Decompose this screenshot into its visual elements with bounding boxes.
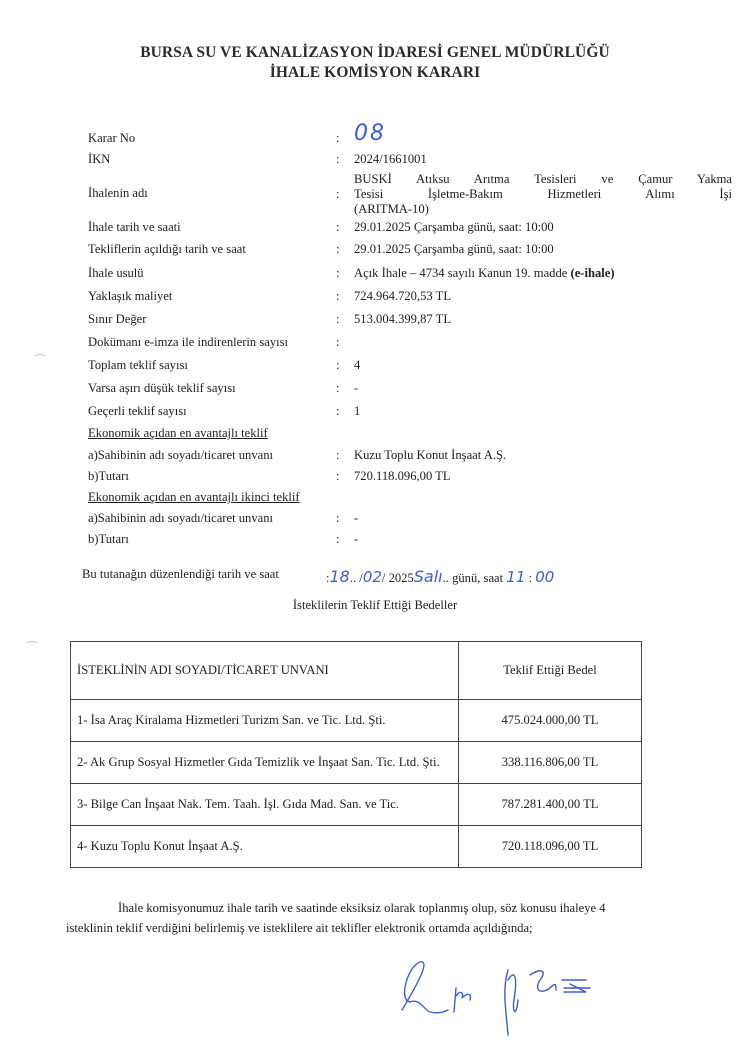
table-row: 1- İsa Araç Kiralama Hizmetleri Turizm S… <box>71 700 642 742</box>
label: Karar No <box>88 131 135 146</box>
bid-amount: 475.024.000,00 TL <box>459 700 642 742</box>
label-gunu: günü, saat <box>452 571 503 585</box>
value-bold: (e-ihale) <box>571 266 615 280</box>
value: 513.004.399,87 TL <box>354 312 451 327</box>
table-row: 3- Bilge Can İnşaat Nak. Tem. Taah. İşl.… <box>71 784 642 826</box>
karar-no-handwritten: 08 <box>354 121 386 146</box>
label: Dokümanı e-imza ile indirenlerin sayısı <box>88 335 288 350</box>
signature-image <box>390 940 650 1040</box>
doc-title-line1: BURSA SU VE KANALİZASYON İDARESİ GENEL M… <box>0 44 750 62</box>
value: - <box>354 511 358 526</box>
table-row: 2- Ak Grup Sosyal Hizmetler Gıda Temizli… <box>71 742 642 784</box>
day-handwritten: 18 <box>330 567 350 586</box>
label: Sınır Değer <box>88 312 146 327</box>
label: Bu tutanağın düzenlendiği tarih ve saat <box>82 567 279 582</box>
colon: : <box>336 266 340 281</box>
colon: : <box>336 131 340 146</box>
bidder-name: 4- Kuzu Toplu Konut İnşaat A.Ş. <box>71 826 459 868</box>
value-line: (ARITMA-10) <box>354 202 732 217</box>
value-line: BUSKİ Atıksu Arıtma Tesisleri ve Çamur Y… <box>354 172 732 187</box>
label: İhalenin adı <box>88 186 148 201</box>
bids-table: İSTEKLİNİN ADI SOYADI/TİCARET UNVANI Tek… <box>70 641 642 868</box>
hour-handwritten: 11 <box>506 568 525 586</box>
minute-handwritten: 00 <box>535 568 554 586</box>
header-bidder: İSTEKLİNİN ADI SOYADI/TİCARET UNVANI <box>71 642 459 700</box>
month-handwritten: 02 <box>363 568 382 586</box>
label: Geçerli teklif sayısı <box>88 404 187 419</box>
value-line: Tesisi İşletme-Bakım Hizmetleri Alımı İş… <box>354 187 732 202</box>
label: Tekliflerin açıldığı tarih ve saat <box>88 242 246 257</box>
bid-amount: 787.281.400,00 TL <box>459 784 642 826</box>
table-caption: İsteklilerin Teklif Ettiği Bedeller <box>0 598 750 613</box>
colon: : <box>336 335 340 350</box>
weekday-handwritten: Salı <box>414 567 443 586</box>
label: İhale tarih ve saati <box>88 220 181 235</box>
colon: : <box>336 220 340 235</box>
label: a)Sahibinin adı soyadı/ticaret unvanı <box>88 448 273 463</box>
scan-mark <box>34 354 46 361</box>
colon: : <box>336 152 340 167</box>
label: b)Tutarı <box>88 469 129 484</box>
label: a)Sahibinin adı soyadı/ticaret unvanı <box>88 511 273 526</box>
colon: : <box>336 289 340 304</box>
label: Varsa aşırı düşük teklif sayısı <box>88 381 236 396</box>
colon: : <box>336 469 340 484</box>
table-header-row: İSTEKLİNİN ADI SOYADI/TİCARET UNVANI Tek… <box>71 642 642 700</box>
doc-title-line2: İHALE KOMİSYON KARARI <box>0 64 750 82</box>
label: İKN <box>88 152 110 167</box>
value: 29.01.2025 Çarşamba günü, saat: 10:00 <box>354 220 554 235</box>
colon: : <box>336 312 340 327</box>
colon: : <box>336 187 340 202</box>
label: İhale usulü <box>88 266 144 281</box>
value: 29.01.2025 Çarşamba günü, saat: 10:00 <box>354 242 554 257</box>
colon: : <box>336 511 340 526</box>
colon: : <box>336 448 340 463</box>
heading: Ekonomik açıdan en avantajlı ikinci tekl… <box>88 490 300 505</box>
header-bid: Teklif Ettiği Bedel <box>459 642 642 700</box>
label: Yaklaşık maliyet <box>88 289 172 304</box>
value: Kuzu Toplu Konut İnşaat A.Ş. <box>354 448 506 463</box>
colon: : <box>336 358 340 373</box>
colon: : <box>336 532 340 547</box>
value: 4 <box>354 358 360 373</box>
body-paragraph: İhale komisyonumuz ihale tarih ve saatin… <box>66 898 642 938</box>
value: 720.118.096,00 TL <box>354 469 451 484</box>
value: BUSKİ Atıksu Arıtma Tesisleri ve Çamur Y… <box>354 172 732 217</box>
label: b)Tutarı <box>88 532 129 547</box>
heading: Ekonomik açıdan en avantajlı teklif <box>88 426 268 441</box>
value: - <box>354 381 358 396</box>
value: 1 <box>354 404 360 419</box>
value: Açık İhale – 4734 sayılı Kanun 19. madde… <box>354 266 615 281</box>
bidder-name: 3- Bilge Can İnşaat Nak. Tem. Taah. İşl.… <box>71 784 459 826</box>
year: 2025 <box>389 571 414 585</box>
minutes-value: :18.. /02/ 2025Salı.. günü, saat 11 : 00 <box>326 567 554 586</box>
scan-mark <box>26 641 38 648</box>
value-text: Açık İhale – 4734 sayılı Kanun 19. madde <box>354 266 571 280</box>
bidder-name: 2- Ak Grup Sosyal Hizmetler Gıda Temizli… <box>71 742 459 784</box>
table-row: 4- Kuzu Toplu Konut İnşaat A.Ş. 720.118.… <box>71 826 642 868</box>
bidder-name: 1- İsa Araç Kiralama Hizmetleri Turizm S… <box>71 700 459 742</box>
colon: : <box>336 242 340 257</box>
colon: : <box>336 381 340 396</box>
colon: : <box>336 404 340 419</box>
value: 724.964.720,53 TL <box>354 289 451 304</box>
label: Toplam teklif sayısı <box>88 358 188 373</box>
value: 2024/1661001 <box>354 152 427 167</box>
bid-amount: 338.116.806,00 TL <box>459 742 642 784</box>
value: - <box>354 532 358 547</box>
bid-amount: 720.118.096,00 TL <box>459 826 642 868</box>
